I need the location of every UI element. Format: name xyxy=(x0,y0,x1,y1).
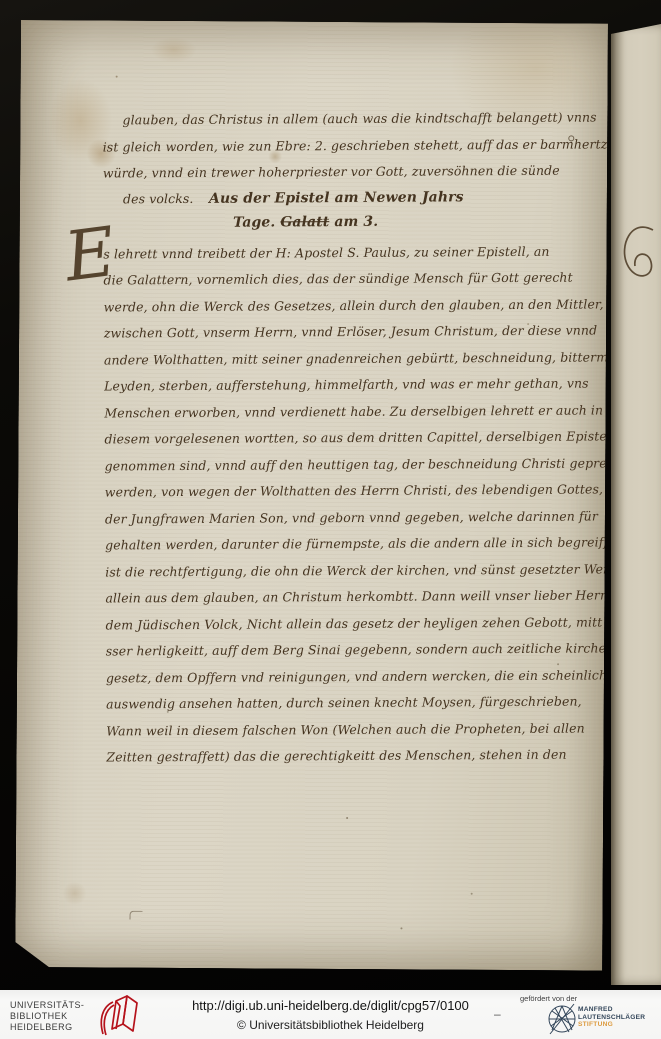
calligraphic-initial: E xyxy=(62,223,119,289)
manuscript-line: gesetz, dem Opffern vnd reinigungen, vnd… xyxy=(106,662,592,691)
manuscript-line: auswendig ansehen hatten, durch seinen k… xyxy=(106,689,592,718)
manuscript-line: der Jungfrawen Marien Son, vnd geborn vn… xyxy=(105,503,591,532)
flourish-pen-stroke xyxy=(617,220,659,304)
funding-name-line: STIFTUNG xyxy=(578,1021,645,1029)
manuscript-line: Leyden, sterben, aufferstehung, himmelfa… xyxy=(104,371,590,400)
stray-pen-mark xyxy=(130,911,143,920)
foxing-stain xyxy=(62,882,88,904)
manuscript-line: andere Wolthatten, mitt seiner gnadenrei… xyxy=(104,344,590,373)
foxing-stain xyxy=(151,37,197,63)
heading-row: des volcks. Aus der Epistel am Newen Jah… xyxy=(103,184,589,211)
manuscript-line: gehalten werden, darunter die fürnempste… xyxy=(105,530,591,559)
paragraph-fragment: glauben, das Christus in allem (auch was… xyxy=(102,105,588,187)
heading-word: am 3. xyxy=(334,213,378,229)
manuscript-line: dem Jüdischen Volck, Nicht allein das ge… xyxy=(106,609,592,638)
manuscript-line: glauben, das Christus in allem (auch was… xyxy=(102,105,588,134)
manuscript-line: diesem vorgelesenen wortten, so aus dem … xyxy=(104,424,590,453)
manuscript-line: des volcks. xyxy=(123,186,194,210)
manuscript-line: Wann weil in diesem falschen Won (Welche… xyxy=(106,715,592,744)
manuscript-line: die Galattern, vornemlich dies, das der … xyxy=(103,265,589,294)
manuscript-line: werden, von wegen der Wolthatten des Her… xyxy=(105,477,591,506)
manuscript-line: werde, ohn die Werck des Gesetzes, allei… xyxy=(104,291,590,320)
facing-page-edge xyxy=(611,24,661,985)
sermon-body: s lehrett vnnd treibett der H: Apostel S… xyxy=(103,238,592,771)
heading-word: Tage. xyxy=(233,214,275,230)
manuscript-line: genommen sind, vnnd auff den heuttigen t… xyxy=(105,450,591,479)
manuscript-line: zwischen Gott, vnserm Herrn, vnnd Erlöse… xyxy=(104,318,590,347)
heading-word-struck: Galatt xyxy=(280,214,329,230)
ink-specks xyxy=(21,20,23,22)
attribution-bar: UNIVERSITÄTS- BIBLIOTHEK HEIDELBERG http… xyxy=(0,990,661,1039)
manuscript-line: Zeitten gestraffett) das die gerechtigke… xyxy=(106,742,592,771)
heading-row2: Tage. Galatt am 3. xyxy=(103,208,589,235)
manuscript-line: Menschen erworben, vnnd verdienett habe.… xyxy=(104,397,590,426)
funding-name-line: MANFRED xyxy=(578,1006,645,1014)
funding-name-line: LAUTENSCHLÄGER xyxy=(578,1014,645,1022)
manuscript-line: s lehrett vnnd treibett der H: Apostel S… xyxy=(103,238,589,267)
manuscript-page: glauben, das Christus in allem (auch was… xyxy=(15,20,608,971)
manuscript-line: würde, vnnd ein trewer hoherpriester vor… xyxy=(103,158,589,187)
scan-viewer: glauben, das Christus in allem (auch was… xyxy=(0,0,661,1039)
lautenschlaeger-globe-icon xyxy=(546,1003,578,1035)
handwritten-text: glauben, das Christus in allem (auch was… xyxy=(102,105,592,771)
section-heading-line2: Tage. Galatt am 3. xyxy=(233,209,378,234)
manuscript-line: sser herligkeitt, auff dem Berg Sinai ge… xyxy=(106,636,592,665)
manuscript-line: allein aus dem glauben, an Christum herk… xyxy=(105,583,591,612)
funding-dash: – xyxy=(494,1007,501,1021)
manuscript-line: ist die rechtfertigung, die ohn die Werc… xyxy=(105,556,591,585)
manuscript-line: ist gleich worden, wie zun Ebre: 2. gesc… xyxy=(103,131,589,160)
funding-prefix-label: gefördert von der xyxy=(520,994,577,1003)
section-heading-line1: Aus der Epistel am Newen Jahrs xyxy=(209,185,464,211)
funding-foundation-name: MANFRED LAUTENSCHLÄGER STIFTUNG xyxy=(578,1006,645,1029)
